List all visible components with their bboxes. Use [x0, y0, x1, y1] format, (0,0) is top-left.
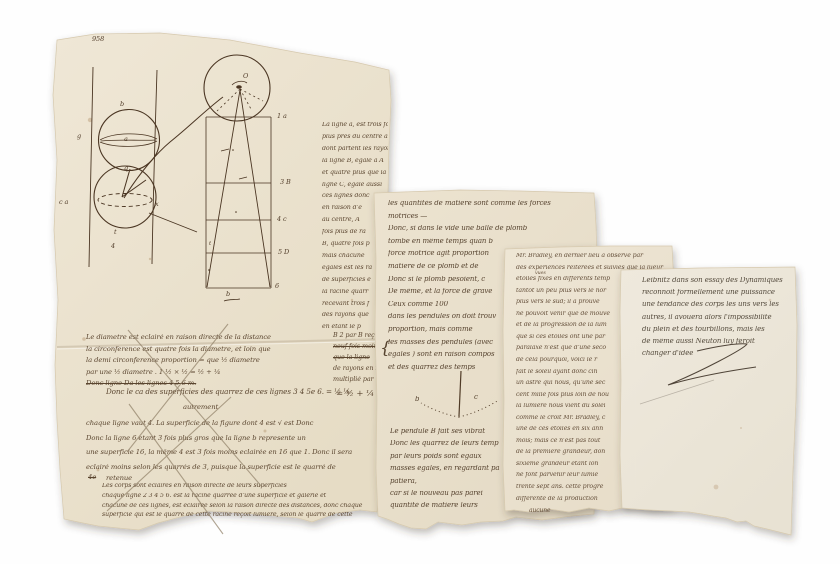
manuscript-photo: 958bgaqc axt4O1 a3 B4 c5 D6tb La ligne a… [0, 0, 840, 564]
manuscript-line: du plein et des tourbillons, mais les [642, 326, 794, 334]
manuscript-line: Leibnitz dans son essay des Dynamiques [642, 277, 794, 285]
leibnitz-paragraph: Leibnitz dans son essay des Dynamiquesre… [0, 0, 840, 564]
manuscript-line: changer d'idée [642, 350, 794, 358]
manuscript-line: reconnoit formellement une puissance [642, 289, 794, 297]
sheet-4-leibnitz-note: Leibnitz dans son essay des Dynamiquesre… [0, 0, 840, 564]
manuscript-line: une tendance des corps les uns vers les [642, 301, 794, 309]
manuscript-line: de même aussi Neuton luy feroit [642, 338, 794, 346]
manuscript-line: autres, il avouera alors l'impossibilité [642, 314, 794, 322]
